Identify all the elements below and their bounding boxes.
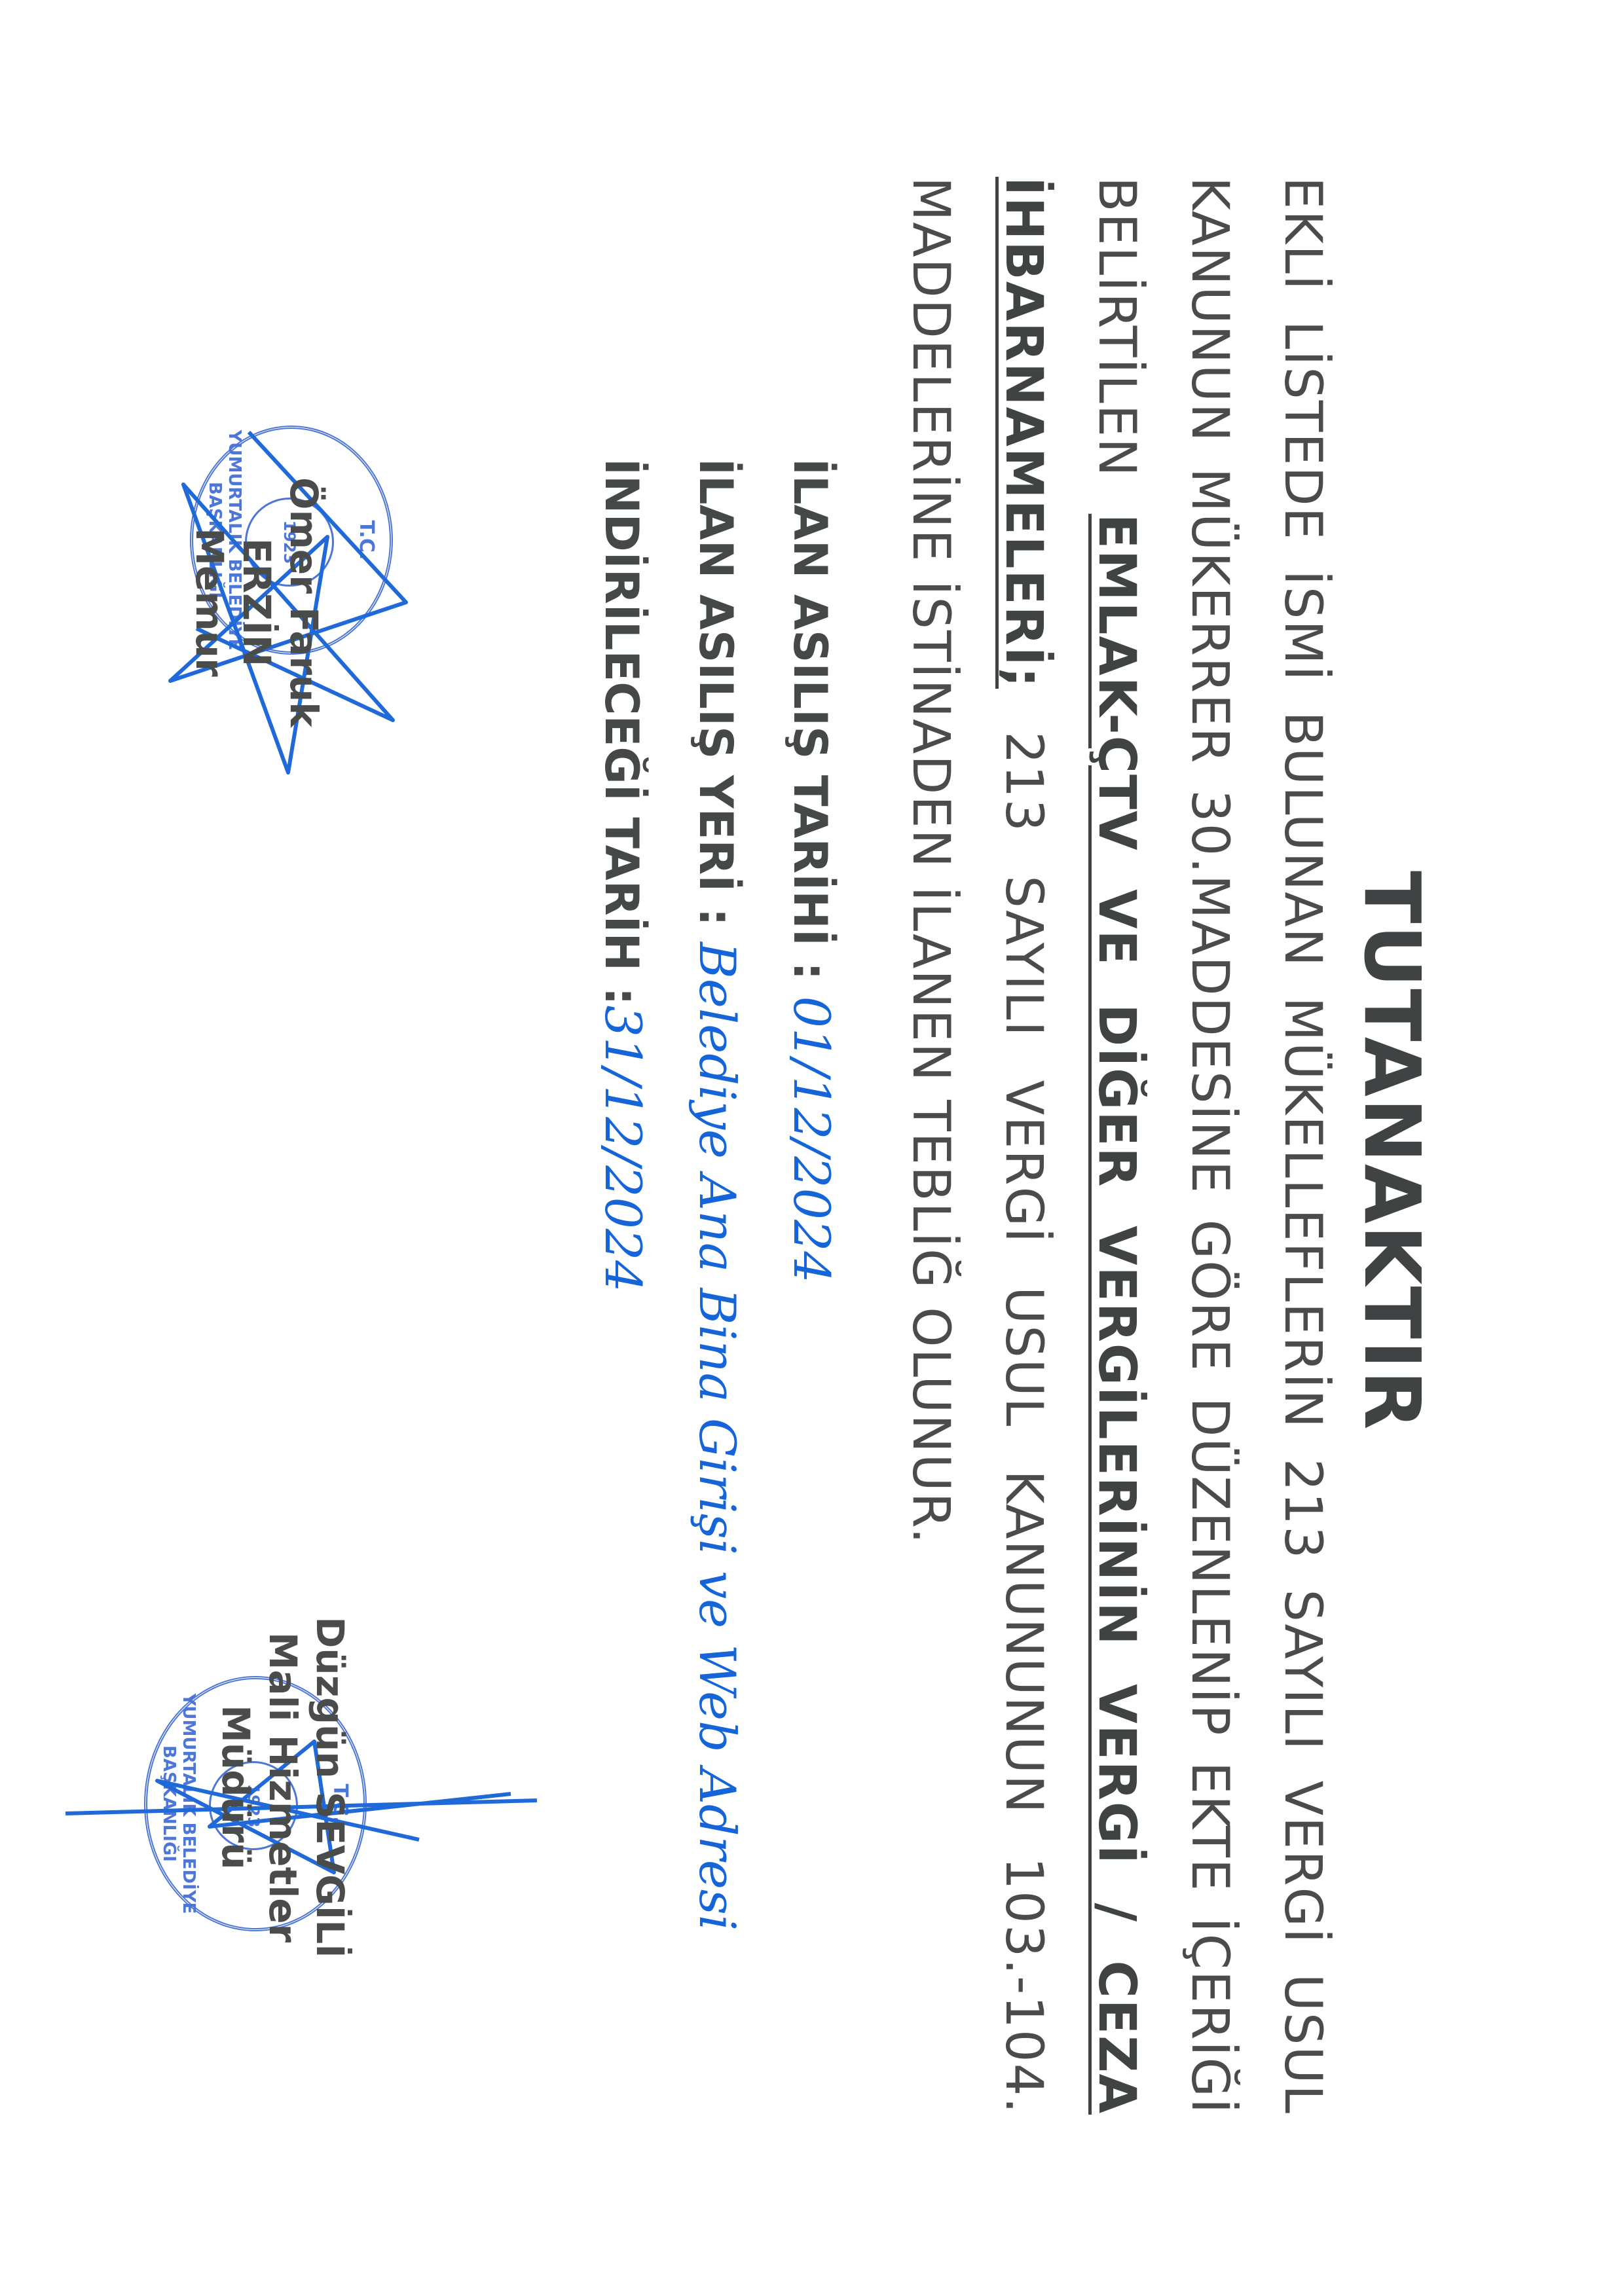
field-removal-date: İNDİRİLECEĞİ TARİH :31/12/2024 (575, 458, 669, 1931)
field-value-handwritten: Belediye Ana Bina Girişi ve Web Adresi (688, 942, 747, 1931)
document-page: TUTANAKTIR EKLİ LİSTEDE İSMİ BULUNAN MÜK… (0, 0, 1624, 2296)
field-label: İLAN ASILIŞ YERİ : (689, 458, 743, 942)
signatory-name: Düzgün SEVGİLİ (306, 1558, 354, 2016)
document-body: EKLİ LİSTEDE İSMİ BULUNAN MÜKELLEFLERİN … (884, 177, 1349, 2115)
field-posting-date: İLAN ASILIŞ TARİHİ : 01/12/2024 (764, 458, 858, 1931)
signatory-role: Memur (186, 419, 233, 786)
stamp-header: T.C. (355, 429, 378, 651)
field-label: İLAN ASILIŞ TARİHİ : (783, 458, 837, 996)
notice-fields: İLAN ASILIŞ TARİHİ : 01/12/2024 İLAN ASI… (575, 458, 858, 1931)
field-value-handwritten: 31/12/2024 (594, 1006, 652, 1292)
stamp-institution: YUMURTALIK BELEDİYE BAŞKANLIĞI (159, 1679, 198, 1928)
signatory-name: Ömer Faruk ERZİN (233, 419, 327, 786)
field-label: İNDİRİLECEĞİ TARİH : (595, 458, 648, 1006)
signatory-role: Mali Hizmetler Müdürü (212, 1558, 306, 2016)
field-value-handwritten: 01/12/2024 (783, 996, 841, 1283)
signature-block-officer: Ömer Faruk ERZİN Memur (186, 419, 327, 786)
document-title: TUTANAKTIR (1347, 871, 1437, 1431)
field-posting-place: İLAN ASILIŞ YERİ : Belediye Ana Bina Gir… (669, 458, 764, 1931)
signature-block-director: Düzgün SEVGİLİ Mali Hizmetler Müdürü (212, 1558, 354, 2016)
